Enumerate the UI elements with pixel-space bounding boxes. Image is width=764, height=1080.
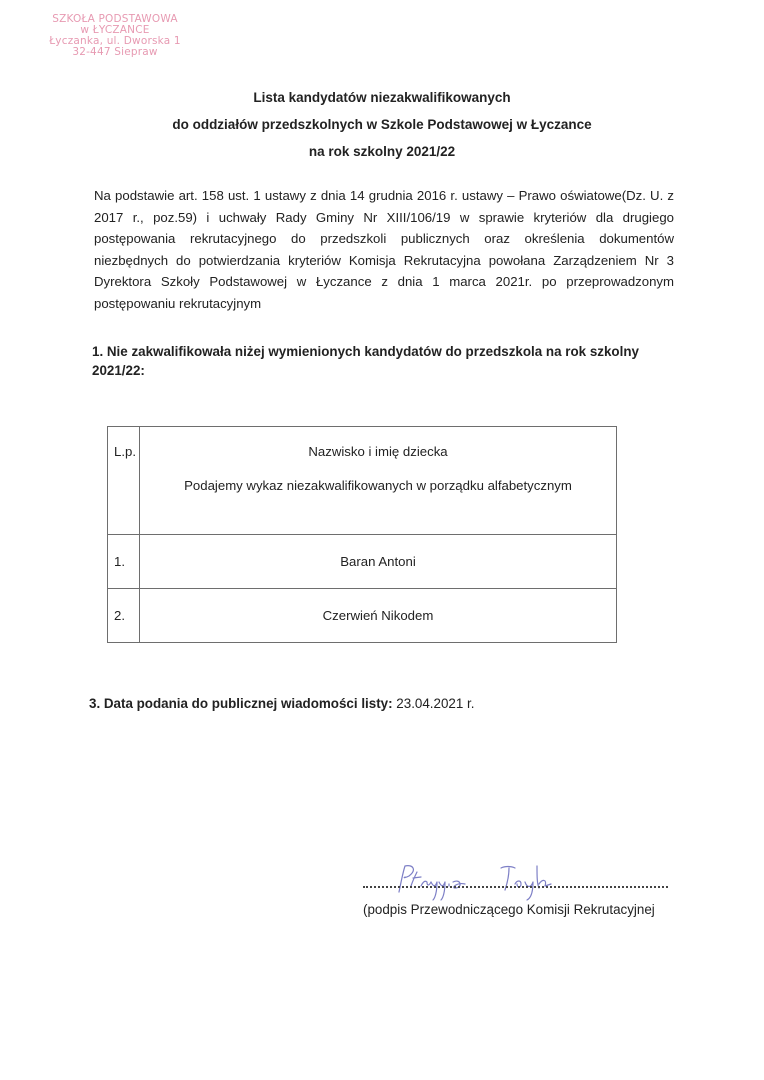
column-header-name-title: Nazwisko i imię dziecka (141, 444, 615, 459)
column-header-name: Nazwisko i imię dziecka Podajemy wykaz n… (140, 427, 617, 535)
column-header-lp: L.p. (108, 427, 140, 535)
publication-date-value: 23.04.2021 r. (393, 696, 475, 711)
table-header-row: L.p. Nazwisko i imię dziecka Podajemy wy… (108, 427, 617, 535)
stamp-line: 32-447 Siepraw (40, 47, 190, 58)
table-row: 1. Baran Antoni (108, 535, 617, 589)
publication-date-line: 3. Data podania do publicznej wiadomości… (89, 696, 474, 711)
child-name: Baran Antoni (140, 535, 617, 589)
school-year-heading: na rok szkolny 2021/22 (0, 144, 764, 159)
signature-line (363, 884, 668, 888)
table-row: 2. Czerwień Nikodem (108, 589, 617, 643)
publication-date-label: 3. Data podania do publicznej wiadomości… (89, 696, 393, 711)
intro-paragraph: Na podstawie art. 158 ust. 1 ustawy z dn… (94, 185, 674, 314)
section-1-heading: 1. Nie zakwalifikowała niżej wymienionyc… (92, 342, 662, 380)
candidates-table: L.p. Nazwisko i imię dziecka Podajemy wy… (107, 426, 617, 643)
signature-caption: (podpis Przewodniczącego Komisji Rekruta… (363, 902, 655, 917)
column-header-name-subtitle: Podajemy wykaz niezakwalifikowanych w po… (141, 478, 615, 493)
school-stamp: SZKOŁA PODSTAWOWA w ŁYCZANCE Łyczanka, u… (40, 14, 190, 58)
document-subtitle: do oddziałów przedszkolnych w Szkole Pod… (0, 117, 764, 132)
child-name: Czerwień Nikodem (140, 589, 617, 643)
row-number: 2. (108, 589, 140, 643)
handwritten-signature (391, 862, 591, 902)
document-title: Lista kandydatów niezakwalifikowanych (0, 90, 764, 105)
row-number: 1. (108, 535, 140, 589)
